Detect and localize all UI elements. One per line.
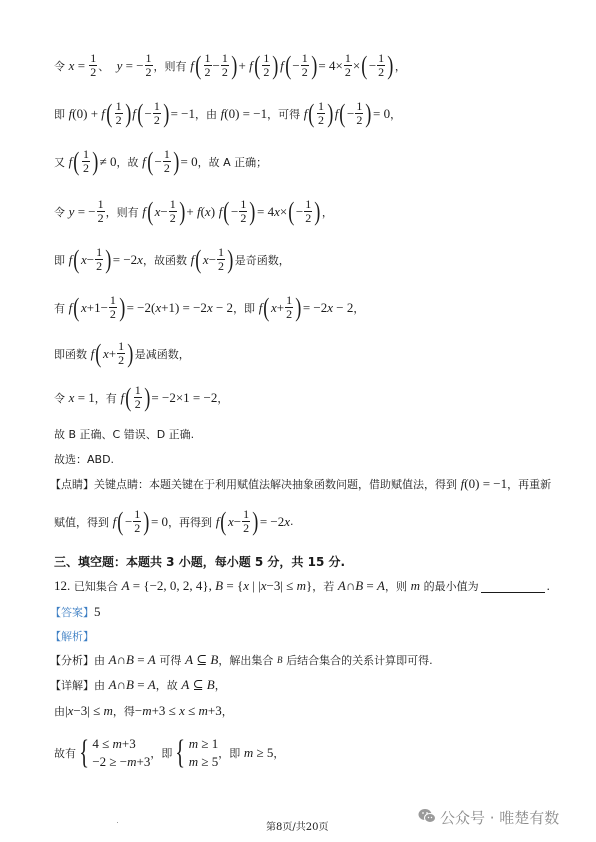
xiangjie-line: 【详解】由 A∩B = A ，故 A ⊆ B， — [50, 677, 226, 693]
answer-line: 【答案】 5 — [50, 604, 101, 620]
dianjing-line: 【点睛】关键点睛：本题关键在于利用赋值法解决抽象函数问题，借助赋值法，得到 f(… — [50, 476, 551, 492]
line-5: 即 f(x− 12) = −2x ，故函数 f(x− 12) 是奇函数， — [54, 246, 290, 273]
step-2: 故有 { 4 ≤ m+3−2 ≥ −m+3 ，即 { m ≥ 1m ≥ 5 ，即… — [54, 735, 284, 771]
stray-dot — [117, 822, 118, 823]
fenxi-line: 【分析】由 A∩B = A 可得 A ⊆ B ，解出集合 B 后结合集合的关系计… — [50, 652, 433, 668]
line-6: 有 f(x+1− 12) = −2(x+1) = −2x − 2 ，即 f(x+… — [54, 294, 364, 321]
answer-blank — [481, 580, 545, 593]
analysis-tag: 【解析】 — [50, 628, 94, 644]
line-3: 又 f( 12) ≠ 0 ，故 f(− 12) = 0 ，故 A 正确； — [54, 148, 267, 175]
page-number: 第8页/共20页 — [266, 818, 328, 833]
line-12: 赋值，得到 f(− 12) = 0 ，再得到 f(x− 12) = −2x. — [54, 508, 294, 535]
answer-tag: 【答案】 — [50, 604, 94, 620]
watermark-text: 公众号 · 唯楚有数 — [440, 807, 559, 828]
answer-value: 5 — [94, 604, 101, 620]
section-header: 三、填空题：本题共 3 小题，每小题 5 分，共 15 分. — [54, 553, 345, 570]
line-9: 故 B 正确、C 错误、D 正确. — [54, 426, 194, 442]
line-2: 即 f(0) + f( 12) f(− 12) = −1 ，由 f(0) = −… — [54, 100, 401, 127]
line-4: 令 y = − 12 ，则有 f(x− 12) + f(x) f(− 12) =… — [54, 198, 333, 225]
watermark: 公众号 · 唯楚有数 — [418, 807, 559, 828]
line-10: 故选：ABD. — [54, 451, 114, 467]
step-1: 由 |x−3| ≤ m ，得 −m+3 ≤ x ≤ m+3， — [54, 703, 233, 719]
line-1: 令 x = 12 、 y = − 12 ，则有 f( 12− 12) + f( … — [54, 52, 406, 79]
wechat-icon — [418, 808, 436, 828]
question-12: 12. 已知集合 A = {−2, 0, 2, 4}, B = {x | |x−… — [54, 578, 550, 594]
line-7: 即函数 f(x+ 12) 是减函数， — [54, 340, 190, 367]
line-8: 令 x = 1 ，有 f( 12) = −2×1 = −2， — [54, 384, 228, 411]
